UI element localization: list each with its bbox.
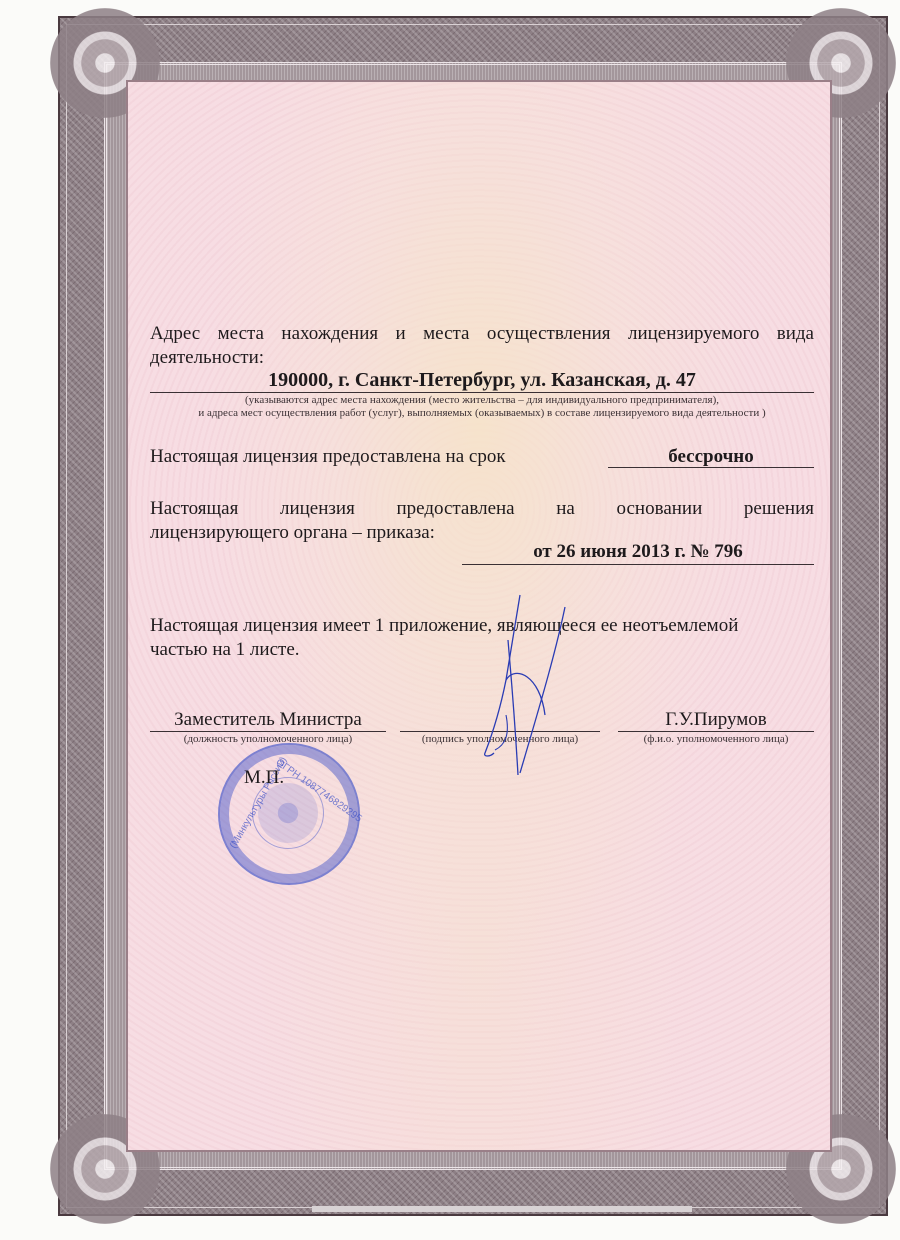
handwritten-signature (470, 585, 580, 785)
address-underline (150, 392, 814, 393)
term-underline (608, 467, 814, 468)
basis-underline (462, 564, 814, 565)
basis-label-line1: Настоящая лицензия предоставлена на осно… (150, 497, 814, 521)
name-underline (618, 731, 814, 732)
signer-name: Г.У.Пирумов (618, 708, 814, 732)
microtext-strip (312, 1206, 692, 1212)
position-underline (150, 731, 386, 732)
address-label-line1: Адрес места нахождения и места осуществл… (150, 322, 814, 346)
address-caption-line2: и адреса мест осуществления работ (услуг… (150, 407, 814, 420)
basis-label-line2: лицензирующего органа – приказа: (150, 521, 435, 545)
name-caption: (ф.и.о. уполномоченного лица) (618, 733, 814, 746)
position-caption: (должность уполномоченного лица) (150, 733, 386, 746)
signer-position: Заместитель Министра (150, 708, 386, 732)
term-label: Настоящая лицензия предоставлена на срок (150, 445, 506, 469)
official-seal: ОГРН 1087746829295 (Минкультуры России) (218, 743, 360, 885)
seal-label: М.П. (244, 766, 284, 790)
basis-value: от 26 июня 2013 г. № 796 (462, 540, 814, 564)
address-value: 190000, г. Санкт-Петербург, ул. Казанска… (150, 368, 814, 392)
address-label-line2: деятельности: (150, 346, 264, 370)
appendix-line2: частью на 1 листе. (150, 638, 300, 662)
term-value: бессрочно (608, 445, 814, 469)
address-caption-line1: (указываются адрес места нахождения (мес… (150, 394, 814, 407)
